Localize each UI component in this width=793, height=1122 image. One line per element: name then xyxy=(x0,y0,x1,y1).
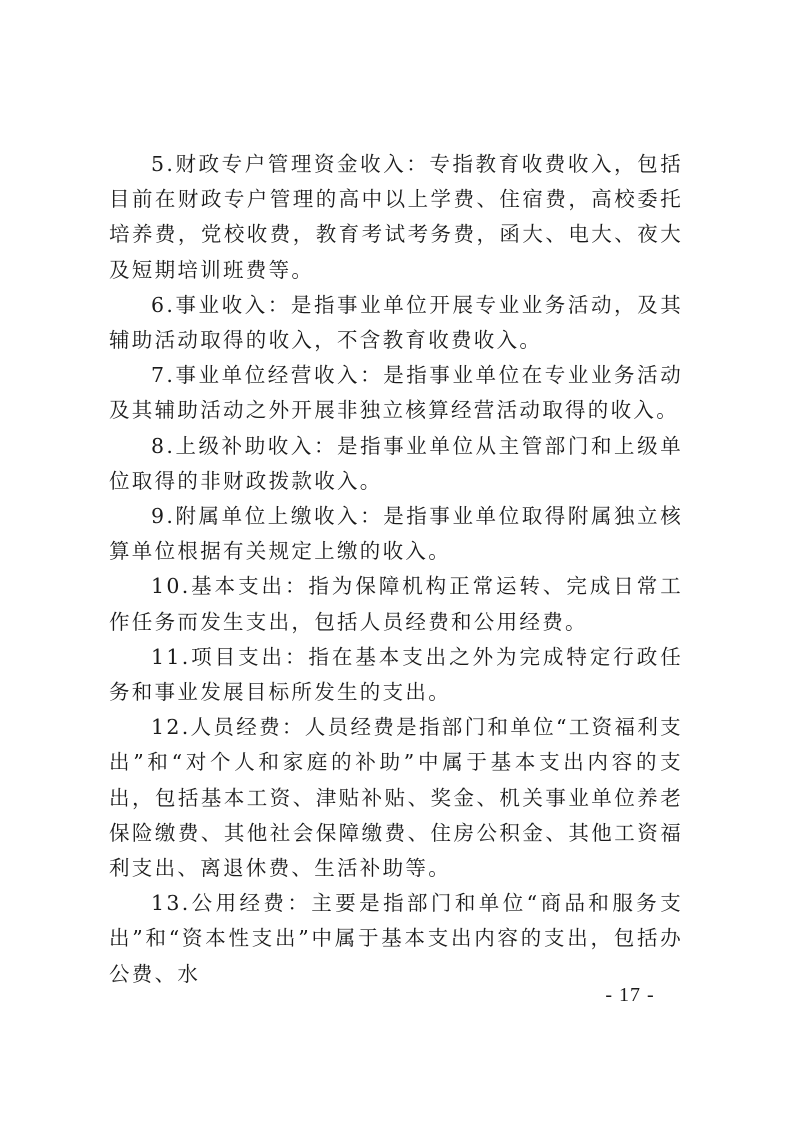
paragraph-operating-income: 7.事业单位经营收入：是指事业单位在专业业务活动及其辅助活动之外开展非独立核算经… xyxy=(109,358,683,428)
page-number: - 17 - xyxy=(590,984,670,1007)
paragraph-superior-subsidy-income: 8.上级补助收入：是指事业单位从主管部门和上级单位取得的非财政拨款收入。 xyxy=(109,429,683,499)
paragraph-business-income: 6.事业收入：是指事业单位开展专业业务活动，及其辅助活动取得的收入，不含教育收费… xyxy=(109,288,683,358)
paragraph-project-expenditure: 11.项目支出：指在基本支出之外为完成特定行政任务和事业发展目标所发生的支出。 xyxy=(109,640,683,710)
document-page: 5.财政专户管理资金收入：专指教育收费收入，包括目前在财政专户管理的高中以上学费… xyxy=(0,0,793,1122)
paragraph-fiscal-account-income: 5.财政专户管理资金收入：专指教育收费收入，包括目前在财政专户管理的高中以上学费… xyxy=(109,147,683,288)
document-body: 5.财政专户管理资金收入：专指教育收费收入，包括目前在财政专户管理的高中以上学费… xyxy=(109,147,683,992)
paragraph-public-expenses: 13.公用经费：主要是指部门和单位“商品和服务支出”和“资本性支出”中属于基本支… xyxy=(109,886,683,992)
paragraph-affiliated-unit-income: 9.附属单位上缴收入：是指事业单位取得附属独立核算单位根据有关规定上缴的收入。 xyxy=(109,499,683,569)
paragraph-personnel-expenses: 12.人员经费：人员经费是指部门和单位“工资福利支出”和“对个人和家庭的补助”中… xyxy=(109,710,683,886)
paragraph-basic-expenditure: 10.基本支出：指为保障机构正常运转、完成日常工作任务而发生支出，包括人员经费和… xyxy=(109,569,683,639)
